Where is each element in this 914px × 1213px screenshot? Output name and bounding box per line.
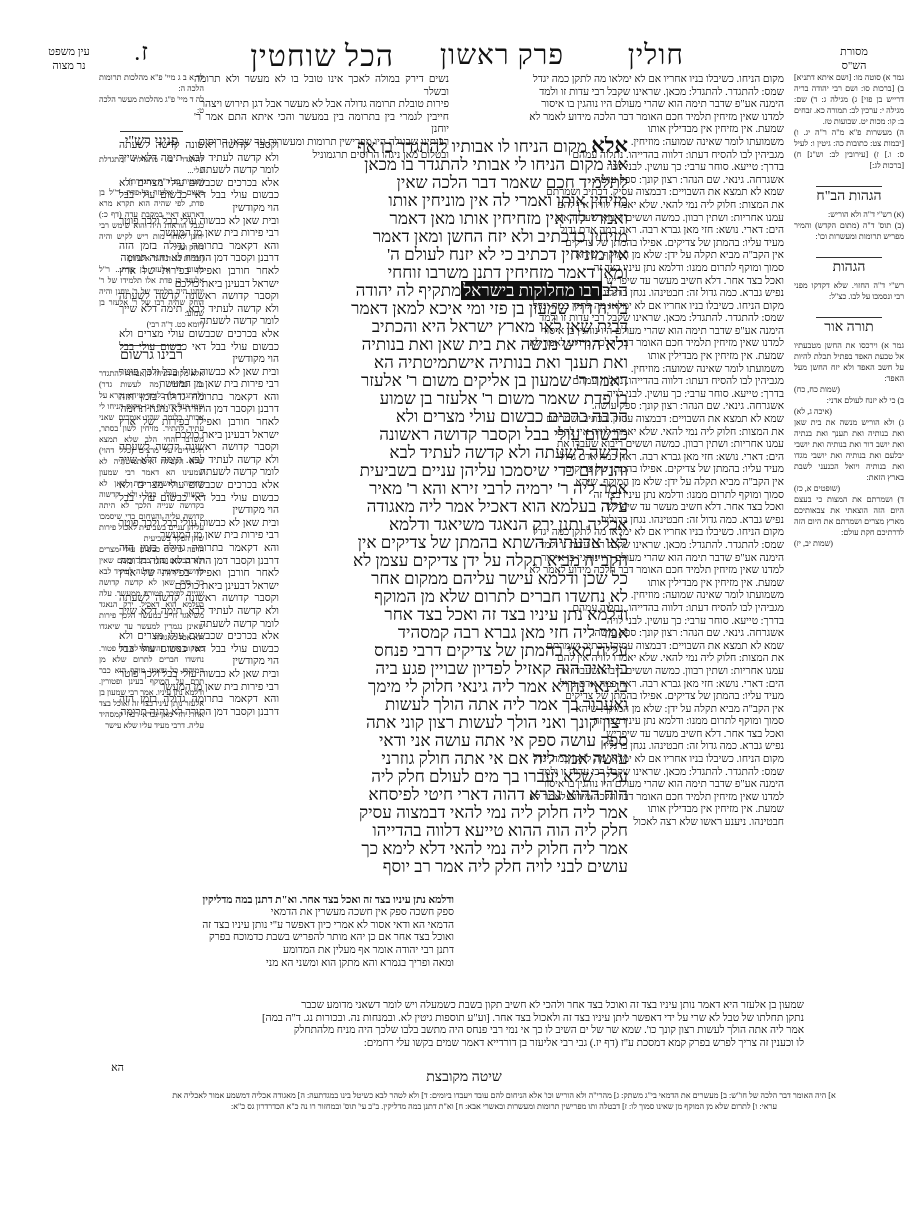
masoret-hashas-entry: ה) מעשרות פ"א מ"ה ר"ה יג. ו) [יבמות צט: … bbox=[794, 127, 904, 171]
hagahot-bach-title: הגהות הב"ח bbox=[794, 187, 904, 207]
torah-or-entry: ב) כי לא יזנח לעולם אדני: bbox=[794, 395, 904, 406]
shita-mekubetzet-title: שיטה מקובצת bbox=[314, 1070, 614, 1086]
tosafot-bottom: שמעון בן אלעזר היא דאמר נותן עיניו בצד ז… bbox=[109, 1000, 804, 1060]
bottom-line: נתקן תחלתו של טבל לא שרי על ידי דאפשר לי… bbox=[109, 1013, 804, 1026]
folio-number: ז. bbox=[134, 40, 149, 67]
torah-or-entry: ד) ושמרתם את המצות כי בעצם היום הזה הוצא… bbox=[794, 494, 904, 538]
rashi-line: הימנה אע"פ שדבר תימה הוא שהרי מעולם היו … bbox=[524, 99, 784, 112]
pninei-rashi-source: (יומא כט. ד"ה רבי) bbox=[99, 319, 204, 330]
rabbeinu-gershom-entry: ממקום אחר. והשתא לא הוי פטור. נחשדו חברי… bbox=[99, 643, 204, 731]
bottom-line: אמר ליה אתה הולך לעשות רצון קונך כו'. שמ… bbox=[109, 1025, 804, 1038]
ein-mishpat-label: עין משפט bbox=[34, 45, 104, 59]
tosafot-line: פירות טובלת תרומה גדולה אבל לא מעשר אבל … bbox=[194, 99, 449, 112]
hagahot-bach-entry: (א) רש"י ד"ה ולא הוריש: bbox=[794, 209, 904, 220]
ornament-divider bbox=[794, 246, 904, 254]
rabbeinu-gershom-entry: הרבה כרכים כבשום עולי מצרים ולא כבשום עו… bbox=[99, 544, 204, 643]
torah-or-source: (שמות יב, יז) bbox=[794, 538, 904, 549]
chapter-number: פרק ראשון bbox=[440, 40, 564, 72]
shita-note: א] היה האומר דבר הלכה של חו"ש: ב] מעשרים… bbox=[109, 1090, 899, 1101]
tosafot-line: ואוכל בצד אחר אם כן יהא מותר להפריש בשבת… bbox=[194, 932, 454, 945]
hagahot-bach-entry: (ב) תוס' ד"ה (מתום הקדש) והמיר מפריש תרו… bbox=[794, 220, 904, 242]
masoret-label: מסורת bbox=[824, 45, 884, 59]
bottom-line: שמעון בן אלעזר היא דאמר נותן עיניו בצד ז… bbox=[109, 1000, 804, 1013]
hashas-label: הש"ס bbox=[824, 59, 884, 73]
torah-or-entry: ג) ולא הוריש מנשה את בית שאן ואת בנותיה … bbox=[794, 417, 904, 483]
highlighted-phrase: רבו מחלוקות בישראל bbox=[461, 281, 602, 300]
rashi-line: למדנו שאין מזיחין תלמיד חכם האומר דבר הל… bbox=[524, 112, 784, 125]
right-margin: גמר א) סוטה מו: [ושם איתא דתניא] ב) [ברכ… bbox=[794, 72, 904, 832]
pninei-rashi-source: (תענית כג: ד"ה מתגדרת) bbox=[99, 176, 204, 187]
rashi-line: מקום הניחו. כשיבלו בניו אחריו אם לא ימלא… bbox=[524, 74, 784, 87]
ornament-divider bbox=[99, 334, 204, 342]
tosafot-line: ספק חשכה ספק אין חשכה מעשרין את הדמאי bbox=[194, 907, 454, 920]
ein-mishpat-entry: לה ד מיי' פ"ג מהלכות מעשר הלכה ט: bbox=[99, 94, 204, 116]
tosafot-line: ומאה ופריך בגמרא והא מתקן הוא ומשני הא מ… bbox=[194, 958, 454, 971]
hagahot-title: הגהות bbox=[794, 258, 904, 278]
ornament-divider bbox=[794, 306, 904, 314]
tosafot-line: הדמאי הא ודאי אסור לא אמרי כיון דאפשר ע"… bbox=[194, 920, 454, 933]
torah-or-source: (שופטים א, כז) bbox=[794, 483, 904, 494]
shita-note: עראי: ו] לתרום שלא מן המוקף מן שאינו סמו… bbox=[109, 1101, 899, 1112]
pninei-rashi-title: פניני רש"י bbox=[99, 132, 204, 152]
chapter-title: הכל שוחטין bbox=[250, 40, 394, 74]
ner-mitzvah-label: נר מצוה bbox=[34, 59, 104, 73]
page-marker: הא bbox=[111, 1062, 124, 1074]
torah-or-source: (שמות כח, כח) bbox=[794, 384, 904, 395]
torah-or-entry: גמר א) וירכסו את החשן מטבעתיו אל טבעת הא… bbox=[794, 340, 904, 384]
masoret-hashas-entry: גמר א) סוטה מו: [ושם איתא דתניא] ב) [ברכ… bbox=[794, 72, 904, 127]
ein-mishpat-entry: לד א ב ג מיי' פ"א מהלכות תרומות הלכה ה: bbox=[99, 72, 204, 94]
rashi-line: שמס: להתגדר. להתגדל: מכאן. שראינו שקבל ר… bbox=[524, 87, 784, 100]
rabbeinu-gershom-title: רבינו גרשום bbox=[99, 346, 204, 366]
gemara-line: הלב bbox=[602, 281, 628, 300]
ein-mishpat-header: עין משפט נר מצוה bbox=[34, 45, 104, 73]
tractate-name: חולין bbox=[628, 40, 684, 72]
pninei-rashi-entry: משום ר' אלעזר בן פדת. ר"ל בן פדת, לפי שה… bbox=[99, 187, 204, 253]
tosafot-lemma-line: ודלמא נתן עיניו בצד זה ואכל בצד אחר. וא"… bbox=[194, 895, 454, 908]
rabbeinu-gershom-entry: אלא מקום הניחו לו אבותיו להתגדר בו. כלומ… bbox=[99, 368, 204, 544]
shita-mekubetzet-notes: א] היה האומר דבר הלכה של חו"ש: ב] מעשרים… bbox=[109, 1090, 899, 1112]
torah-or-title: תורה אור bbox=[794, 318, 904, 338]
left-margin: לד א ב ג מיי' פ"א מהלכות תרומות הלכה ה: … bbox=[99, 72, 204, 992]
tosafot-line: דתנן רבי יהודה אומר אף מעלין את המדומע bbox=[194, 945, 454, 958]
pninei-rashi-entry: להתגדר בו. מתגדלת ומתגדלת עלי... bbox=[99, 154, 204, 176]
ornament-divider bbox=[794, 175, 904, 183]
ornament-divider bbox=[99, 120, 204, 128]
tosafot-line: נשים דירק במולה לאכך אינו טובל בו לא מעש… bbox=[194, 74, 449, 99]
hagahot-entry: רש"י ד"ה החזוי. שלא דקדקו מפני רבי ונסמכ… bbox=[794, 280, 904, 302]
masoret-hashas-header: מסורת הש"ס bbox=[824, 45, 884, 73]
gemara-opening-word: אלא bbox=[591, 136, 628, 157]
bottom-line: לו וכענין זה צריך לפרש בפרק קמא דמסכת ע"… bbox=[109, 1038, 804, 1051]
tosafot-line: חייבין לגמרי בין בתרומה בין במעשר והכי א… bbox=[194, 112, 449, 137]
pninei-rashi-source: (יבמות כג: ד"ה ר' אלעזר) bbox=[99, 253, 204, 264]
torah-or-source: (איכה ג, לא) bbox=[794, 406, 904, 417]
pninei-rashi-entry: משום ר' אלעזר בן פדת... ר"ל אלעזר בן פדת… bbox=[99, 264, 204, 319]
